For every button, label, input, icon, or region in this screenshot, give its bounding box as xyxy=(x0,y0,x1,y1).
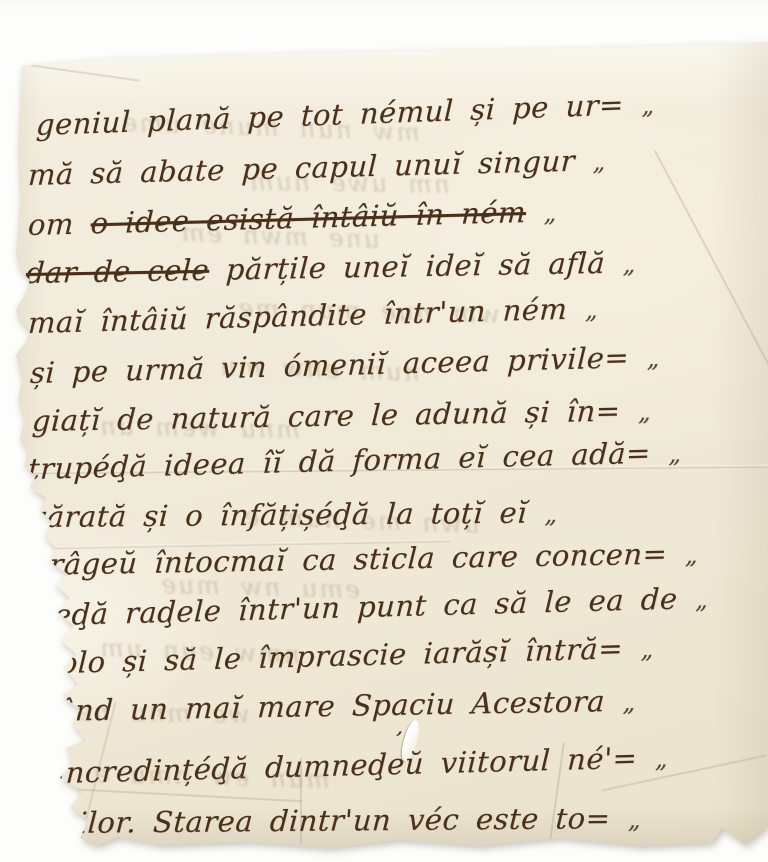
manuscript-paper: mw nun mune umenm uwe numune mwn emwm nu… xyxy=(0,0,768,862)
manuscript-line: dar de cele părțile uneĭ ideĭ să află„ xyxy=(25,245,637,290)
crease-line xyxy=(30,64,139,81)
handwritten-text: giațĭ de natură care le adună și în= xyxy=(31,394,621,438)
line-end-mark: „ xyxy=(685,541,699,569)
crease-line xyxy=(654,151,768,417)
handwritten-text: milor. Starea dintr'un véc este to= xyxy=(49,801,612,840)
manuscript-line: maĭ întâiŭ răspândite într'un ném„ xyxy=(27,291,599,340)
handwritten-text: trupéḑă ideea îĭ dă forma eĭ cea adă= xyxy=(27,436,651,486)
line-end-mark: „ xyxy=(622,689,636,717)
manuscript-line: strâgeŭ întocmaĭ ca sticla care concen=„ xyxy=(21,536,699,582)
line-end-mark: „ xyxy=(655,745,669,773)
manuscript-line: încredințéḑă dumneḑeŭ viitorul né'=„ xyxy=(55,740,669,790)
handwritten-text: părțile uneĭ ideĭ să află xyxy=(208,246,606,287)
struck-text: o idee esistă întâiŭ în ném xyxy=(90,195,527,240)
manuscript-line: milor. Starea dintr'un véc este to=„ xyxy=(49,801,643,840)
line-end-mark: „ xyxy=(641,91,655,120)
handwritten-text: om xyxy=(27,206,91,242)
manuscript-line: giațĭ de natură care le adună și în=„ xyxy=(31,393,652,438)
page-background: mw nun mune umenm uwe numune mwn emwm nu… xyxy=(0,0,768,862)
manuscript-line: eḑă raḑele într'un punt ca să le ea de„ xyxy=(53,581,709,632)
line-end-mark: „ xyxy=(544,500,559,528)
handwritten-text: încredințéḑă dumneḑeŭ viitorul né'= xyxy=(55,741,638,790)
handwritten-text: vărată și o înfățișéḑă la toțĭ eĭ xyxy=(29,496,528,534)
line-end-mark: „ xyxy=(585,296,599,324)
manuscript-line: vărată și o înfățișéḑă la toțĭ eĭ„ xyxy=(29,495,559,534)
line-end-mark: „ xyxy=(647,344,661,372)
line-end-mark: „ xyxy=(695,586,709,614)
line-end-mark: „ xyxy=(592,148,606,176)
line-end-mark: „ xyxy=(543,199,557,227)
line-end-mark: „ xyxy=(638,398,652,426)
line-end-mark: „ xyxy=(668,440,682,468)
manuscript-line: sând un maĭ mare Spaciu Acestora„ xyxy=(41,684,637,728)
manuscript-line: trupéḑă ideea îĭ dă forma eĭ cea adă=„ xyxy=(27,435,682,486)
line-end-mark: „ xyxy=(628,806,643,834)
handwritten-text: eḑă raḑele într'un punt ca să le ea de xyxy=(53,582,678,632)
handwritten-text: maĭ întâiŭ răspândite într'un ném xyxy=(27,292,568,340)
handwritten-text: sând un maĭ mare Spaciu Acestora xyxy=(41,684,606,728)
line-end-mark: „ xyxy=(640,635,654,663)
line-end-mark: „ xyxy=(622,250,636,278)
manuscript-line: om o idee esistă întâiŭ în ném„ xyxy=(27,194,557,242)
struck-text: dar de cele xyxy=(25,253,210,290)
handwritten-text: strâgeŭ întocmaĭ ca sticla care concen= xyxy=(21,537,668,582)
handwritten-text: mă să abate pe capul unuĭ singur xyxy=(27,144,576,192)
